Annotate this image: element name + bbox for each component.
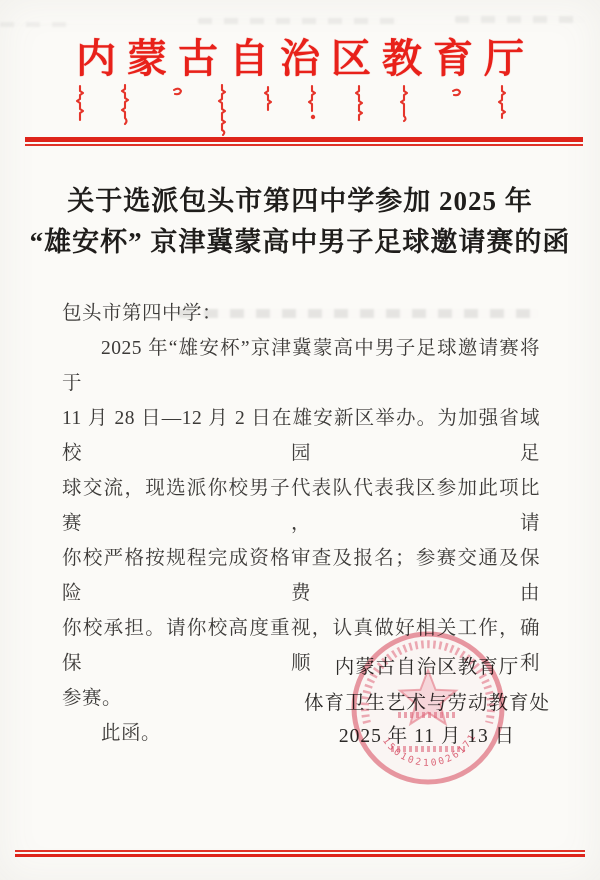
scanned-official-letter: 内蒙古自治区教育厅 关于选派包头市第四中学参加 2025 年 “雄安杯” 京津冀… [0,0,600,880]
scan-smudge [198,18,398,24]
body-line: 球交流，现选派你校男子代表队代表我区参加此项比赛，请 [62,471,540,541]
document-title-line-2: “雄安杯” 京津冀蒙高中男子足球邀请赛的函 [0,222,600,263]
scan-smudge [455,16,585,23]
body-line: 你校严格按规程完成资格审查及报名；参赛交通及保险费由 [62,541,540,611]
body-line: 2025 年“雄安杯”京津冀蒙高中男子足球邀请赛将于 [62,331,540,401]
scan-smudge [178,309,538,318]
mongolian-script-icon [70,84,530,136]
letterhead-org-name: 内蒙古自治区教育厅 [0,27,600,84]
document-title-line-1: 关于选派包头市第四中学参加 2025 年 [0,181,600,222]
body-line: 11 月 28 日—12 月 2 日在雄安新区举办。为加强省域校园足 [62,401,540,471]
official-seal-icon: 15010210026171 [343,623,513,793]
header-divider [25,137,583,146]
document-title: 关于选派包头市第四中学参加 2025 年 “雄安杯” 京津冀蒙高中男子足球邀请赛… [0,181,600,263]
footer-divider [15,850,585,857]
